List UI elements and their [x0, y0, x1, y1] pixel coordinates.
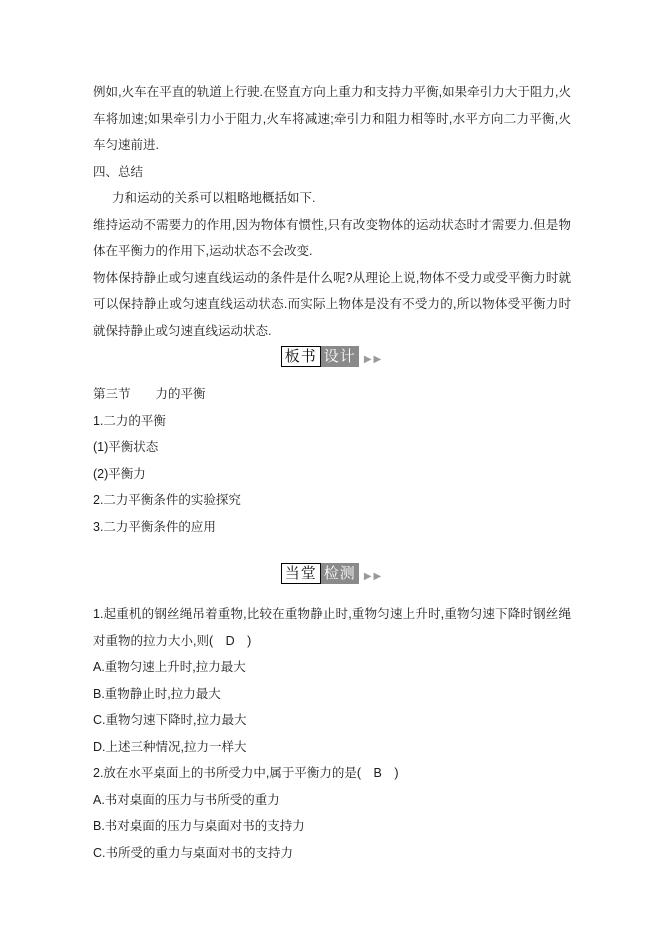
question-1-stem: 1.起重机的钢丝绳吊着重物,比较在重物静止时,重物匀速上升时,重物匀速下降时钢丝… — [93, 601, 571, 654]
board-design-badge-left: 板书 — [281, 346, 321, 367]
quiz-badge-left: 当堂 — [281, 563, 321, 584]
board-item-1-2: (2)平衡力 — [93, 461, 571, 488]
question-2-stem: 2.放在水平桌面上的书所受力中,属于平衡力的是( B ) — [93, 760, 571, 787]
quiz-badge: 当堂 检测 ▶▶ — [93, 563, 571, 584]
board-title: 第三节 力的平衡 — [93, 381, 571, 408]
question-2-option-a: A.书对桌面的压力与书所受的重力 — [93, 787, 571, 814]
question-2-option-b: B.书对桌面的压力与桌面对书的支持力 — [93, 813, 571, 840]
board-item-3: 3.二力平衡条件的应用 — [93, 514, 571, 541]
summary-heading: 四、总结 — [93, 159, 571, 186]
board-item-1-1: (1)平衡状态 — [93, 434, 571, 461]
board-item-1: 1.二力的平衡 — [93, 408, 571, 435]
question-2-option-c: C.书所受的重力与桌面对书的支持力 — [93, 840, 571, 867]
question-1-option-d: D.上述三种情况,拉力一样大 — [93, 734, 571, 761]
double-arrow-icon: ▶▶ — [364, 569, 383, 584]
question-1-option-c: C.重物匀速下降时,拉力最大 — [93, 707, 571, 734]
summary-paragraph-2: 物体保持静止或匀速直线运动的条件是什么呢?从理论上说,物体不受力或受平衡力时就可… — [93, 265, 571, 345]
intro-paragraph: 例如,火车在平直的轨道上行驶.在竖直方向上重力和支持力平衡,如果牵引力大于阻力,… — [93, 79, 571, 159]
question-1-option-b: B.重物静止时,拉力最大 — [93, 681, 571, 708]
document-page: 例如,火车在平直的轨道上行驶.在竖直方向上重力和支持力平衡,如果牵引力大于阻力,… — [0, 0, 661, 935]
board-item-2: 2.二力平衡条件的实验探究 — [93, 487, 571, 514]
document-content: 例如,火车在平直的轨道上行驶.在竖直方向上重力和支持力平衡,如果牵引力大于阻力,… — [93, 79, 571, 866]
question-1-option-a: A.重物匀速上升时,拉力最大 — [93, 654, 571, 681]
board-design-badge-right: 设计 — [321, 346, 359, 367]
quiz-badge-right: 检测 — [321, 563, 359, 584]
summary-paragraph-1: 维持运动不需要力的作用,因为物体有惯性,只有改变物体的运动状态时才需要力.但是物… — [93, 212, 571, 265]
double-arrow-icon: ▶▶ — [364, 352, 383, 367]
summary-intro: 力和运动的关系可以粗略地概括如下. — [93, 185, 571, 212]
board-design-badge: 板书 设计 ▶▶ — [93, 346, 571, 367]
